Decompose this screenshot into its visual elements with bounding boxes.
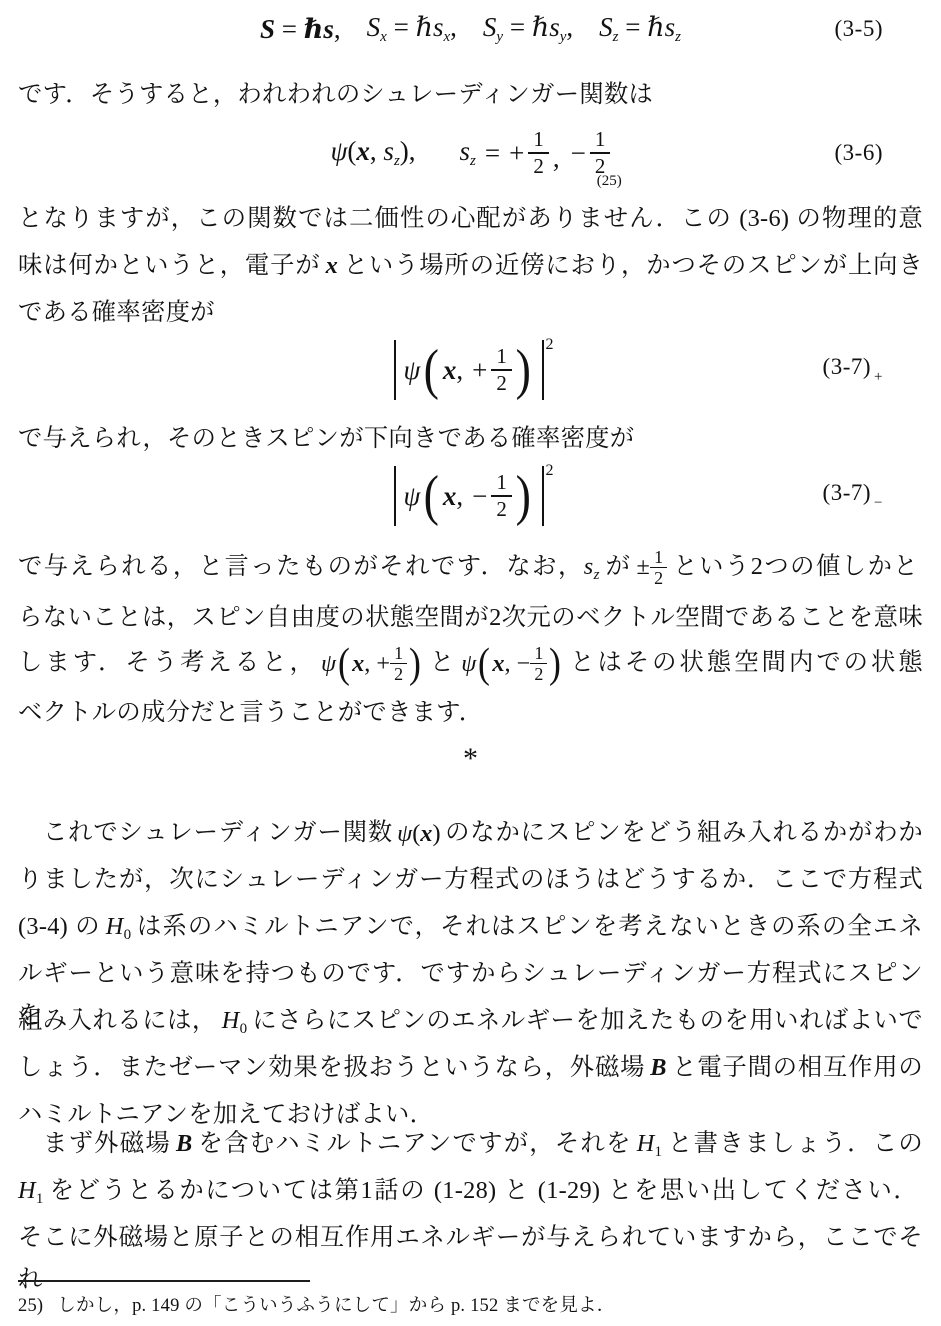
math-term: sz <box>460 136 476 170</box>
text-run: と電子間の相互作用の <box>672 1054 923 1081</box>
fraction-one-half: 12 <box>650 548 667 590</box>
equation-number-3-7-plus: (3-7)+ <box>823 354 883 386</box>
text-line: となりますが，この関数では二価性の心配がありません(25)．この (3-6) の… <box>18 198 923 245</box>
fraction-one-half: 12 <box>390 644 407 686</box>
text-line: 味は何かというと，電子がxという場所の近傍におり，かつそのスピンが上向き <box>18 245 923 292</box>
text-run: となりますが，この関数では二価性の心配がありません <box>18 205 655 232</box>
text-line: (3-4) のH0は系のハミルトニアンで，それはスピンを考えないときの系の全エネ <box>18 906 923 953</box>
text-line: ベクトルの成分だと言うことができます． <box>18 692 923 739</box>
equation-3-5: S = ℏs, Sx = ℏsx, Sy = ℏsy, Sz = ℏsz (3-… <box>0 4 941 54</box>
text-line: まず外磁場Bを含むハミルトニアンですが，それをH1と書きましょう．この <box>18 1123 923 1170</box>
math-var-H0: H0 <box>222 1007 247 1034</box>
footnote-text: しかし，p. 149 の「こういうふうにして」から p. 152 までを見よ． <box>57 1296 615 1316</box>
equation-3-7-plus-content: ψ ( x, + 12 ) 2 <box>387 340 553 400</box>
math-var-x: x <box>326 252 338 279</box>
text-run: を含むハミルトニアンですが，それを <box>198 1130 632 1157</box>
abs-bar <box>394 340 396 400</box>
footnote: 25)しかし，p. 149 の「こういうふうにして」から p. 152 までを見… <box>18 1291 923 1317</box>
footnote-separator <box>18 1280 310 1282</box>
text-run: これでシュレーディンガー関数 <box>43 819 393 846</box>
text-run: という2つの値しかと <box>672 553 918 580</box>
math-term: Sy = ℏsy, <box>483 12 573 46</box>
superscript-two: 2 <box>546 462 554 480</box>
footnote-marker: 25) <box>18 1296 43 1316</box>
abs-bar <box>542 466 544 526</box>
math-var-B: B <box>176 1130 193 1157</box>
equation-number-3-6: (3-6) <box>835 140 883 166</box>
inline-psi-plus-half: ψ(x, +12) <box>321 635 423 693</box>
big-right-paren: ) <box>549 646 561 684</box>
text-run: である確率密度が <box>18 299 215 326</box>
fraction-one-half: 12 <box>491 471 512 521</box>
superscript-two: 2 <box>546 336 554 354</box>
plus-minus-sign: ± <box>636 553 650 580</box>
text-run: ．この (3-6) の物理的意 <box>655 205 923 232</box>
text-run: が <box>604 553 631 580</box>
text-run: をどうとるかについては第1話の (1-28) と (1-29) とを思い出してく… <box>48 1177 918 1204</box>
comma: , <box>553 143 560 174</box>
math-var-H1: H1 <box>637 1130 662 1157</box>
text-run: 組み入れるには， <box>18 1007 217 1034</box>
text-run: で与えられる，と言ったものがそれです．なお， <box>18 553 584 580</box>
math-var-B: B <box>650 1054 667 1081</box>
text-run: します．そう考えると， <box>18 649 317 676</box>
big-right-paren: ) <box>409 646 421 684</box>
fraction-one-half: 12 <box>528 128 549 178</box>
equation-3-7-plus: ψ ( x, + 12 ) 2 (3-7)+ <box>0 332 941 408</box>
text-run: は系のハミルトニアンで，それはスピンを考えないときの系の全エネ <box>136 913 923 940</box>
text-line: です．そうすると，われわれのシュレーディンガー関数は <box>18 74 923 121</box>
big-left-paren: ( <box>338 646 350 684</box>
text-run: です．そうすると，われわれのシュレーディンガー関数は <box>18 81 653 108</box>
text-line: ルギーという意味を持つものです．ですからシュレーディンガー方程式にスピンを <box>18 953 923 1000</box>
math-term: x, <box>443 355 463 386</box>
plus-sign: + <box>472 355 487 386</box>
text-run: まず外磁場 <box>43 1130 171 1157</box>
footnote-ref-25: (25) <box>597 160 622 202</box>
text-line: これでシュレーディンガー関数ψ(x)のなかにスピンをどう組み入れるかがわか <box>18 812 923 859</box>
math-term: ψ(x, sz), <box>331 136 416 170</box>
equation-3-5-content: S = ℏs, Sx = ℏsx, Sy = ℏsy, Sz = ℏsz <box>260 12 681 46</box>
math-var-H1: H1 <box>18 1177 43 1204</box>
text-run: とはその状態空間内での状態 <box>567 649 923 676</box>
text-line: そこに外磁場と原子との相互作用エネルギーが与えられていますから，ここでそれ <box>18 1217 923 1264</box>
big-right-paren: ) <box>516 471 531 521</box>
book-page: S = ℏs, Sx = ℏsx, Sy = ℏsy, Sz = ℏsz (3-… <box>0 0 941 1326</box>
abs-bar <box>394 466 396 526</box>
equation-3-7-minus: ψ ( x, − 12 ) 2 (3-7)− <box>0 458 941 534</box>
text-line: りましたが，次にシュレーディンガー方程式のほうはどうするか．ここで方程式 <box>18 859 923 906</box>
text-run: にさらにスピンのエネルギーを加えたものを用いればよいで <box>252 1007 923 1034</box>
math-var-sz: sz <box>584 553 600 580</box>
text-run: と <box>427 649 457 676</box>
equation-number-3-5: (3-5) <box>835 16 883 42</box>
equation-3-6-content: ψ(x, sz), sz = + 12 , − 12 <box>331 128 611 178</box>
text-run: しょう．またゼーマン効果を扱おうというなら，外磁場 <box>18 1054 645 1081</box>
psi-symbol: ψ <box>403 355 420 386</box>
text-line: しょう．またゼーマン効果を扱おうというなら，外磁場Bと電子間の相互作用の <box>18 1047 923 1094</box>
math-term: S = ℏs, <box>260 14 341 45</box>
text-run: らないことは，スピン自由度の状態空間が2次元のベクトル空間であることを意味 <box>18 604 923 631</box>
text-run: のなかにスピンをどう組み入れるかがわか <box>445 819 923 846</box>
equation-3-7-minus-content: ψ ( x, − 12 ) 2 <box>387 466 553 526</box>
text-line: H1をどうとるかについては第1話の (1-28) と (1-29) とを思い出し… <box>18 1170 923 1217</box>
asterisk: * <box>463 742 478 775</box>
equals-sign: = <box>485 138 500 169</box>
plus-sign: + <box>509 138 524 169</box>
big-left-paren: ( <box>478 646 490 684</box>
fraction-one-half: 12 <box>491 345 512 395</box>
math-term: x, <box>443 481 463 512</box>
minus-sign: − <box>571 138 586 169</box>
text-line: で与えられる，と言ったものがそれです．なお，szが±12という2つの値しかと <box>18 543 923 599</box>
text-line: します．そう考えると，ψ(x, +12)とψ(x, −12)とはその状態空間内で… <box>18 634 923 696</box>
big-left-paren: ( <box>424 345 439 395</box>
text-run: という場所の近傍におり，かつそのスピンが上向き <box>343 252 923 279</box>
minus-sign: − <box>472 481 487 512</box>
text-run: で与えられ，そのときスピンが下向きである確率密度が <box>18 425 634 452</box>
math-term: Sz = ℏsz <box>599 12 681 46</box>
equation-number-3-7-minus: (3-7)− <box>823 480 883 512</box>
math-term: Sx = ℏsx, <box>367 12 457 46</box>
math-var-H0: H0 <box>106 913 131 940</box>
big-right-paren: ) <box>516 345 531 395</box>
text-run: 味は何かというと，電子が <box>18 252 321 279</box>
equation-3-6: ψ(x, sz), sz = + 12 , − 12 (3-6) <box>0 118 941 188</box>
psi-symbol: ψ <box>403 481 420 512</box>
abs-bar <box>542 340 544 400</box>
inline-psi-minus-half: ψ(x, −12) <box>461 635 563 693</box>
text-line: 組み入れるには，H0にさらにスピンのエネルギーを加えたものを用いればよいで <box>18 1000 923 1047</box>
text-run: りましたが，次にシュレーディンガー方程式のほうはどうするか．ここで方程式 <box>18 866 923 893</box>
section-separator: * <box>0 742 941 776</box>
inline-psi-x: ψ(x) <box>397 813 440 855</box>
fraction-one-half: 12 <box>530 644 547 686</box>
big-left-paren: ( <box>424 471 439 521</box>
text-run: と書きましょう．この <box>667 1130 923 1157</box>
text-run: そこに外磁場と原子との相互作用エネルギーが与えられていますから，ここでそれ <box>18 1224 923 1293</box>
text-run: (3-4) の <box>18 913 101 940</box>
text-run: ベクトルの成分だと言うことができます． <box>18 699 483 726</box>
